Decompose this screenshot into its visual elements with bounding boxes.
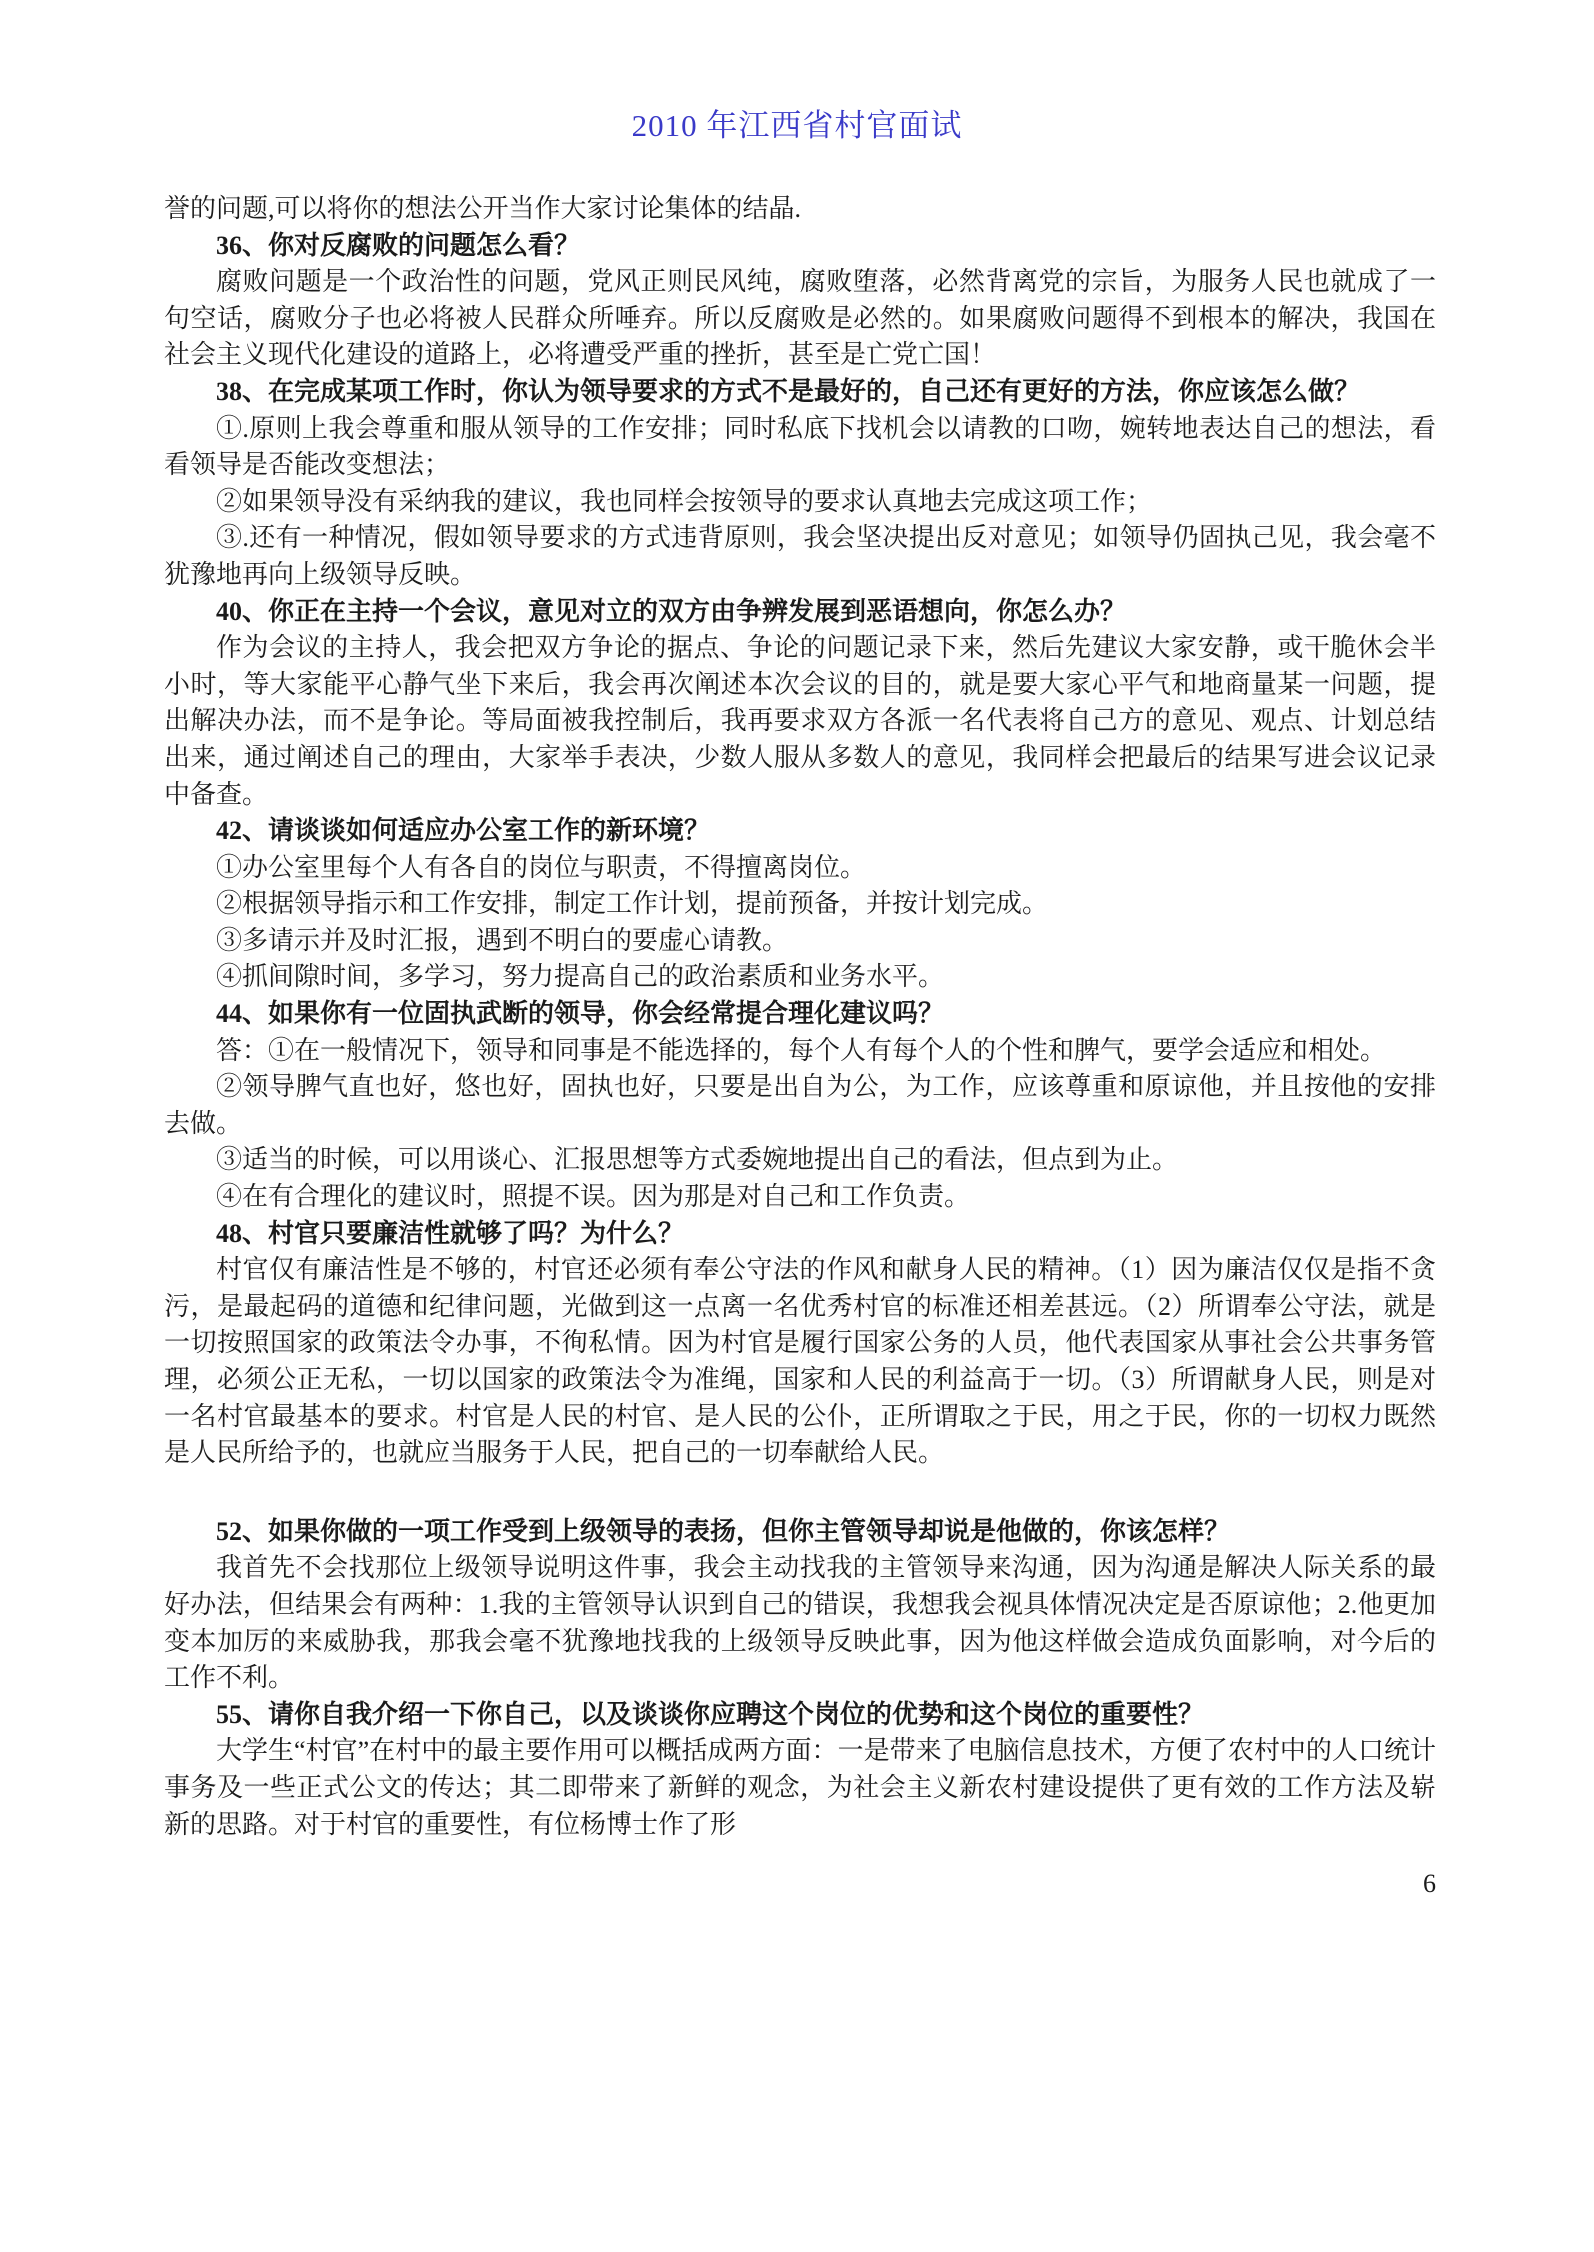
document-title: 2010 年江西省村官面试 — [0, 0, 1594, 145]
paragraph: 腐败问题是一个政治性的问题，党风正则民风纯，腐败堕落，必然背离党的宗旨，为服务人… — [164, 264, 1436, 374]
paragraph: ③适当的时候，可以用谈心、汇报思想等方式委婉地提出自己的看法，但点到为止。 — [164, 1142, 1436, 1179]
paragraph: ③.还有一种情况，假如领导要求的方式违背原则，我会坚决提出反对意见；如领导仍固执… — [164, 520, 1436, 593]
question-heading: 55、请你自我介绍一下你自己，以及谈谈你应聘这个岗位的优势和这个岗位的重要性？ — [164, 1697, 1436, 1734]
paragraph: ②领导脾气直也好，悠也好，固执也好，只要是出自为公，为工作，应该尊重和原谅他，并… — [164, 1069, 1436, 1142]
paragraph: ②根据领导指示和工作安排，制定工作计划，提前预备，并按计划完成。 — [164, 886, 1436, 923]
paragraph: ①办公室里每个人有各自的岗位与职责，不得擅离岗位。 — [164, 850, 1436, 887]
question-heading: 40、你正在主持一个会议，意见对立的双方由争辨发展到恶语想向，你怎么办？ — [164, 594, 1436, 631]
paragraph: ④在有合理化的建议时，照提不误。因为那是对自己和工作负责。 — [164, 1179, 1436, 1216]
question-heading: 36、你对反腐败的问题怎么看？ — [164, 228, 1436, 265]
paragraph: ②如果领导没有采纳我的建议，我也同样会按领导的要求认真地去完成这项工作； — [164, 484, 1436, 521]
paragraph: 誉的问题,可以将你的想法公开当作大家讨论集体的结晶. — [164, 191, 1436, 228]
question-heading: 48、村官只要廉洁性就够了吗？为什么？ — [164, 1216, 1436, 1253]
paragraph: 答：①在一般情况下，领导和同事是不能选择的，每个人有每个人的个性和脾气，要学会适… — [164, 1033, 1436, 1070]
document-page: 2010 年江西省村官面试 誉的问题,可以将你的想法公开当作大家讨论集体的结晶.… — [0, 0, 1594, 2252]
paragraph: 我首先不会找那位上级领导说明这件事，我会主动找我的主管领导来沟通，因为沟通是解决… — [164, 1550, 1436, 1696]
question-heading: 44、如果你有一位固执武断的领导，你会经常提合理化建议吗？ — [164, 996, 1436, 1033]
question-heading: 38、在完成某项工作时，你认为领导要求的方式不是最好的，自己还有更好的方法，你应… — [164, 374, 1436, 411]
question-heading: 42、请谈谈如何适应办公室工作的新环境？ — [164, 813, 1436, 850]
document-body: 誉的问题,可以将你的想法公开当作大家讨论集体的结晶.36、你对反腐败的问题怎么看… — [164, 191, 1436, 1843]
paragraph: ③多请示并及时汇报，遇到不明白的要虚心请教。 — [164, 923, 1436, 960]
paragraph: 大学生“村官”在村中的最主要作用可以概括成两方面：一是带来了电脑信息技术，方便了… — [164, 1733, 1436, 1843]
question-heading: 52、如果你做的一项工作受到上级领导的表扬，但你主管领导却说是他做的，你该怎样？ — [164, 1514, 1436, 1551]
page-number: 6 — [0, 1869, 1436, 1899]
paragraph: ④抓间隙时间，多学习，努力提高自己的政治素质和业务水平。 — [164, 959, 1436, 996]
paragraph: 村官仅有廉洁性是不够的，村官还必须有奉公守法的作风和献身人民的精神。（1）因为廉… — [164, 1252, 1436, 1472]
paragraph: 作为会议的主持人，我会把双方争论的据点、争论的问题记录下来，然后先建议大家安静，… — [164, 630, 1436, 813]
paragraph: ①.原则上我会尊重和服从领导的工作安排；同时私底下找机会以请教的口吻，婉转地表达… — [164, 411, 1436, 484]
